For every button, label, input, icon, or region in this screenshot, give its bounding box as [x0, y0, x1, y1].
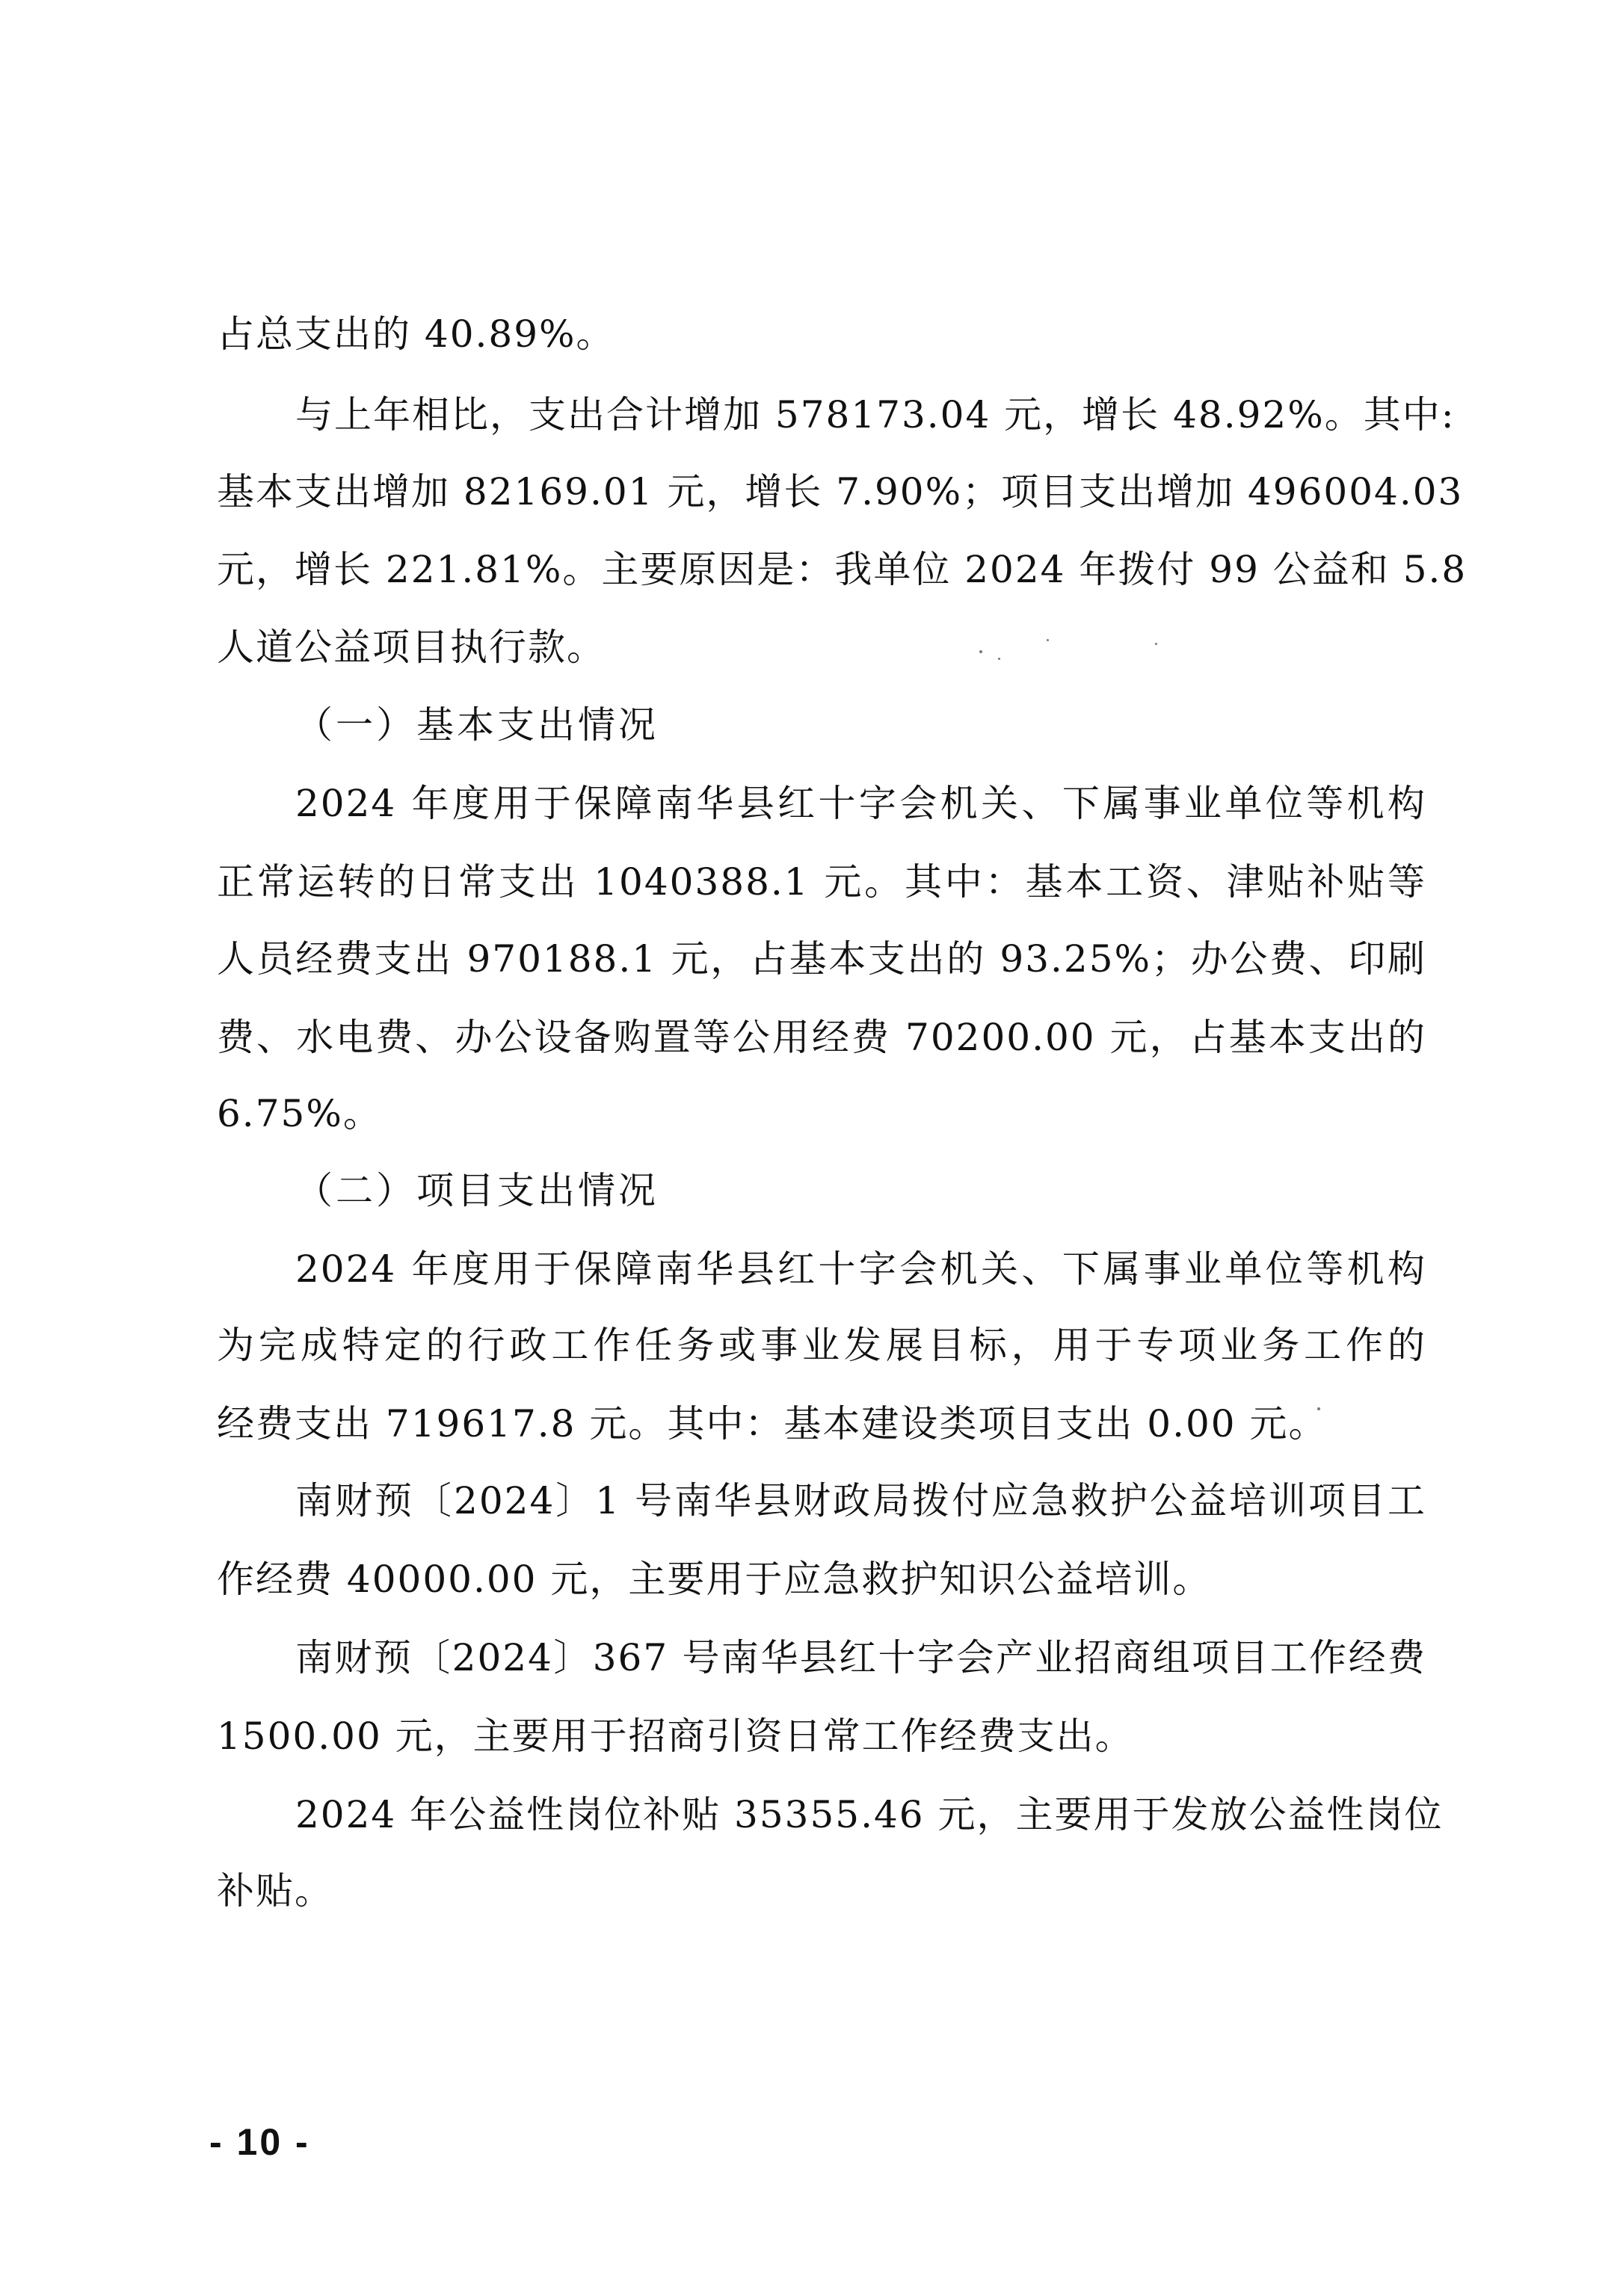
section-heading-project-expenditure: （二）项目支出情况	[295, 1164, 659, 1217]
paragraph-line: 人员经费支出 970188.1 元，占基本支出的 93.25%；办公费、印刷	[217, 933, 1426, 985]
paragraph-line: 补贴。	[217, 1865, 1426, 1917]
paragraph-line: 6.75%。	[217, 1087, 1426, 1140]
paragraph-line: 经费支出 719617.8 元。其中：基本建设类项目支出 0.00 元。	[217, 1398, 1426, 1450]
paragraph-line: 2024 年度用于保障南华县红十字会机关、下属事业单位等机构	[295, 777, 1426, 830]
scan-speck	[998, 658, 1000, 660]
paragraph-line: 2024 年度用于保障南华县红十字会机关、下属事业单位等机构	[295, 1243, 1426, 1295]
paragraph-line: 2024 年公益性岗位补贴 35355.46 元，主要用于发放公益性岗位	[295, 1789, 1426, 1841]
paragraph-line: 1500.00 元，主要用于招商引资日常工作经费支出。	[217, 1710, 1426, 1762]
paragraph-line: 作经费 40000.00 元，主要用于应急救护知识公益培训。	[217, 1553, 1426, 1605]
scan-speck	[1317, 1407, 1320, 1410]
scan-speck	[1047, 639, 1049, 641]
paragraph-line: 费、水电费、办公设备购置等公用经费 70200.00 元，占基本支出的	[217, 1011, 1426, 1064]
paragraph-line: 基本支出增加 82169.01 元，增长 7.90%；项目支出增加 496004…	[217, 466, 1426, 518]
paragraph-line: 与上年相比，支出合计增加 578173.04 元，增长 48.92%。其中:	[295, 389, 1426, 441]
paragraph-line: 为完成特定的行政工作任务或事业发展目标，用于专项业务工作的	[217, 1319, 1426, 1371]
paragraph-line: 南财预〔2024〕1 号南华县财政局拨付应急救护公益培训项目工	[295, 1475, 1426, 1527]
paragraph-line: 南财预〔2024〕367 号南华县红十字会产业招商组项目工作经费	[295, 1632, 1426, 1684]
paragraph-line: 占总支出的 40.89%。	[217, 308, 1426, 360]
paragraph-line: 元，增长 221.81%。主要原因是：我单位 2024 年拨付 99 公益和 5…	[217, 543, 1426, 596]
paragraph-line: 正常运转的日常支出 1040388.1 元。其中：基本工资、津贴补贴等	[217, 856, 1426, 908]
section-heading-basic-expenditure: （一）基本支出情况	[295, 699, 659, 751]
page-number: - 10 -	[209, 2121, 310, 2163]
document-page: 占总支出的 40.89%。 与上年相比，支出合计增加 578173.04 元，增…	[0, 0, 1623, 2296]
paragraph-line: 人道公益项目执行款。	[217, 621, 1426, 673]
scan-speck	[979, 650, 982, 653]
scan-speck	[1155, 643, 1157, 645]
